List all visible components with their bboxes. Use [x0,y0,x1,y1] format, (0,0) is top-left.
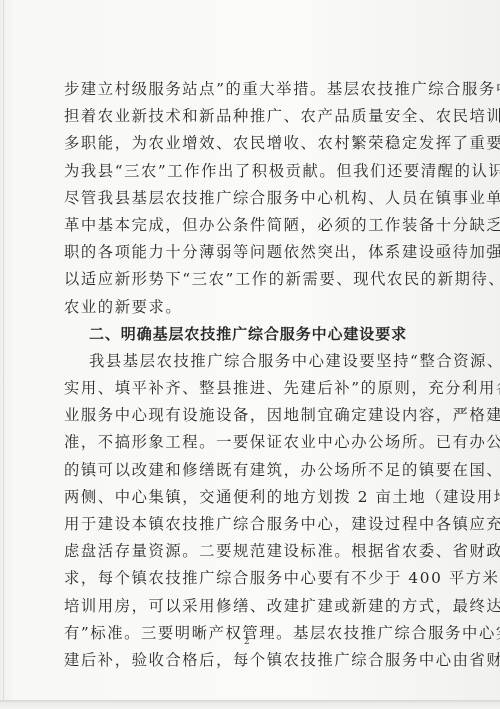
paragraph-line: 农业的新要求。 [64,294,436,321]
paragraph-line: 实用、填平补齐、整县推进、先建后补”的原则，充分利用各镇农 [64,375,436,402]
paragraph-line: 为我县“三农”工作作出了积极贡献。但我们还要清醒的认识到， [64,158,436,185]
paragraph-line: 多职能，为农业增效、农民增收、农村繁荣稳定发挥了重要作用， [64,130,436,157]
page-bottom-edge [0,700,500,709]
document-body: 步建立村级服务站点”的重大举措。基层农技推广综合服务中心承 担着农业新技术和新品… [64,76,436,674]
paragraph-line: 虑盘活存量资源。二要规范建设标准。根据省农委、省财政厅要 [64,538,436,565]
paragraph-line: 的镇可以改建和修缮既有建筑，办公场所不足的镇要在国、省道 [64,457,436,484]
section-heading: 二、明确基层农技推广综合服务中心建设要求 [64,321,436,348]
page-number: 2 [244,637,250,647]
paragraph-line: 担着农业新技术和新品种推广、农产品质量安全、农民培训等诸 [64,103,436,130]
paragraph-line: 建后补，验收合格后，每个镇农技推广综合服务中心由省财政补 [64,647,436,674]
paragraph-line: 有”标准。三要明晰产权管理。基层农技推广综合服务中心实行先 [64,620,436,647]
page-left-edge [3,0,4,709]
paragraph-line: 业服务中心现有设施设备，因地制宜确定建设内容，严格建设标 [64,402,436,429]
paragraph-line: 求，每个镇农技推广综合服务中心要有不少于 400 平方米的办公 [64,565,436,592]
paragraph-line: 两侧、中心集镇，交通便利的地方划拨 2 亩土地（建设用地）， [64,484,436,511]
paragraph-line: 我县基层农技推广综合服务中心建设要坚持“整合资源、注重 [64,348,436,375]
paragraph-line: 职的各项能力十分薄弱等问题依然突出，体系建设亟待加强，难 [64,239,436,266]
paragraph-line: 步建立村级服务站点”的重大举措。基层农技推广综合服务中心承 [64,76,436,103]
paragraph-line: 革中基本完成，但办公条件简陋，必须的工作装备十分缺乏，履 [64,212,436,239]
paragraph-line: 培训用房，可以采用修缮、改建扩建或新建的方式，最终达到“五 [64,593,436,620]
scanned-page: 步建立村级服务站点”的重大举措。基层农技推广综合服务中心承 担着农业新技术和新品… [0,0,500,709]
paragraph-line: 用于建设本镇农技推广综合服务中心，建设过程中各镇应充分考 [64,511,436,538]
paragraph-line: 以适应新形势下“三农”工作的新需要、现代农民的新期待、现代 [64,266,436,293]
paragraph-line: 准，不搞形象工程。一要保证农业中心办公场所。已有办公场所 [64,429,436,456]
paragraph-line: 尽管我县基层农技推广综合服务中心机构、人员在镇事业单位改 [64,185,436,212]
